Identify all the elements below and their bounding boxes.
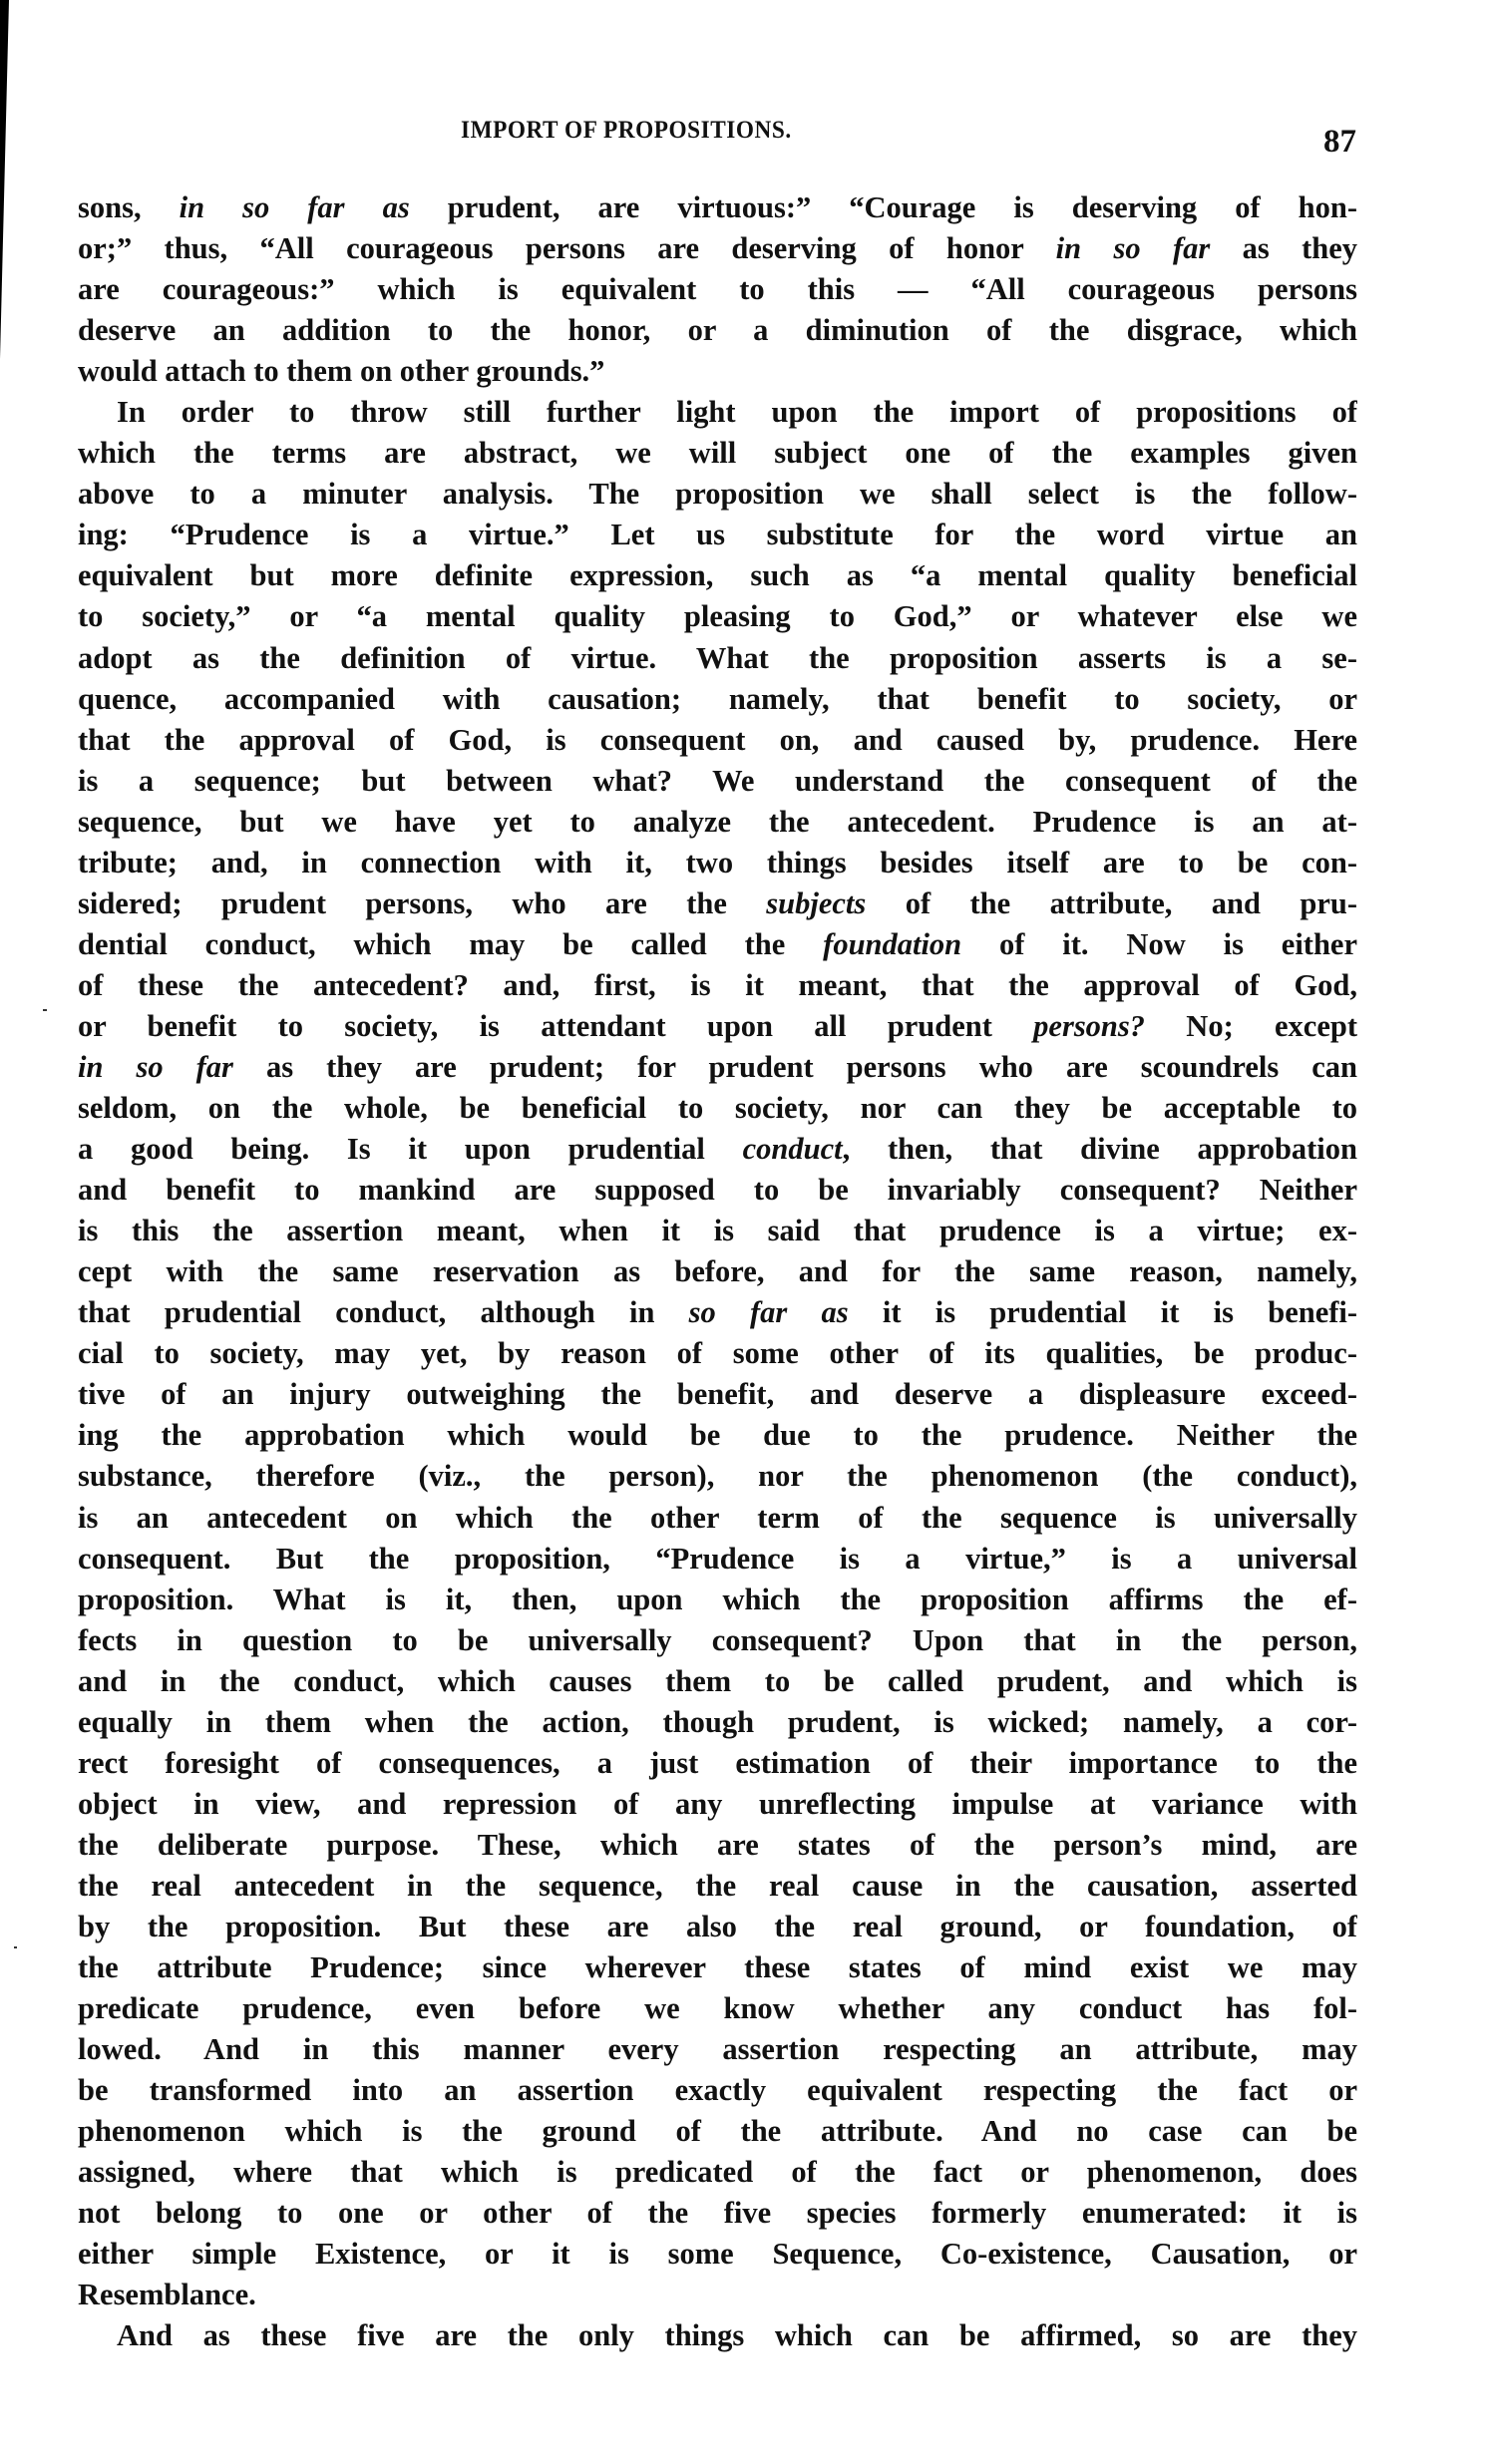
page-number: 87	[1323, 125, 1356, 159]
text-line: ing: “Prudence is a virtue.” Let us subs…	[78, 515, 1357, 555]
text-run: is a sequence; but between what? We unde…	[78, 764, 1357, 798]
text-run: the deliberate purpose. These, which are…	[78, 1828, 1357, 1862]
text-run: which the terms are abstract, we will su…	[78, 436, 1357, 470]
text-run: cept with the same reservation as before…	[78, 1254, 1357, 1288]
italic-text: in so far	[78, 1050, 233, 1084]
text-run: phenomenon which is the ground of the at…	[78, 2114, 1357, 2148]
text-run: tribute; and, in connection with it, two…	[78, 846, 1357, 880]
text-line: of these the antecedent? and, first, is …	[78, 965, 1357, 1006]
text-run: of it. Now is either	[961, 927, 1357, 961]
text-line: above to a minuter analysis. The proposi…	[78, 474, 1357, 515]
text-run: or benefit to society, is attendant upon…	[78, 1009, 1033, 1043]
text-run: And as these five are the only things wh…	[117, 2318, 1357, 2352]
text-line: which the terms are abstract, we will su…	[78, 433, 1357, 474]
text-run: either simple Existence, or it is some S…	[78, 2237, 1357, 2271]
text-line: to society,” or “a mental quality pleasi…	[78, 596, 1357, 637]
text-run: and in the conduct, which causes them to…	[78, 1664, 1357, 1698]
text-run: would attach to them on other grounds.”	[78, 354, 604, 388]
text-line: not belong to one or other of the five s…	[78, 2193, 1357, 2234]
text-line: either simple Existence, or it is some S…	[78, 2234, 1357, 2275]
text-run: equally in them when the action, though …	[78, 1705, 1357, 1739]
text-line: deserve an addition to the honor, or a d…	[78, 310, 1357, 351]
text-run: not belong to one or other of the five s…	[78, 2196, 1357, 2230]
text-line: phenomenon which is the ground of the at…	[78, 2111, 1357, 2152]
text-run: that prudential conduct, although in	[78, 1295, 689, 1329]
text-line: or;” thus, “All courageous persons are d…	[78, 228, 1357, 269]
text-run: substance, therefore (viz., the person),…	[78, 1459, 1357, 1493]
text-line: would attach to them on other grounds.”	[78, 351, 1357, 392]
italic-text: conduct	[743, 1132, 843, 1166]
text-run: is an antecedent on which the other term…	[78, 1501, 1357, 1535]
text-run: the real antecedent in the sequence, the…	[78, 1869, 1357, 1903]
text-line: in so far as they are prudent; for prude…	[78, 1047, 1357, 1088]
text-line: or benefit to society, is attendant upon…	[78, 1006, 1357, 1047]
paragraph: And as these five are the only things wh…	[78, 2315, 1357, 2356]
text-run: are courageous:” which is equivalent to …	[78, 272, 1357, 306]
italic-text: persons?	[1033, 1009, 1145, 1043]
text-run: rect foresight of consequences, a just e…	[78, 1746, 1357, 1780]
text-run: of these the antecedent? and, first, is …	[78, 968, 1357, 1002]
text-line: that prudential conduct, although in so …	[78, 1292, 1357, 1333]
text-run: No; except	[1145, 1009, 1357, 1043]
text-run: of the attribute, and pru-	[866, 886, 1357, 920]
text-line: lowed. And in this manner every assertio…	[78, 2029, 1357, 2070]
text-line: adopt as the definition of virtue. What …	[78, 638, 1357, 679]
text-line: equally in them when the action, though …	[78, 1702, 1357, 1743]
text-line: Resemblance.	[78, 2275, 1357, 2315]
text-run: a good being. Is it upon prudential	[78, 1132, 743, 1166]
italic-text: subjects	[766, 886, 866, 920]
text-line: In order to throw still further light up…	[78, 392, 1357, 433]
text-run: it is prudential it is benefi-	[849, 1295, 1357, 1329]
text-run: sons,	[78, 190, 180, 224]
text-line: sequence, but we have yet to analyze the…	[78, 802, 1357, 843]
text-line: substance, therefore (viz., the person),…	[78, 1456, 1357, 1497]
paragraph: sons, in so far as prudent, are virtuous…	[78, 187, 1357, 392]
running-head: IMPORT OF PROPOSITIONS.	[461, 117, 927, 145]
text-line: seldom, on the whole, be beneficial to s…	[78, 1088, 1357, 1129]
text-line: rect foresight of consequences, a just e…	[78, 1743, 1357, 1784]
text-run: , then, that divine approbation	[843, 1132, 1357, 1166]
text-run: or;” thus, “All courageous persons are d…	[78, 231, 1056, 265]
text-run: seldom, on the whole, be beneficial to s…	[78, 1091, 1357, 1125]
text-line: quence, accompanied with causation; name…	[78, 679, 1357, 720]
text-run: fects in question to be universally cons…	[78, 1623, 1357, 1657]
text-line: is a sequence; but between what? We unde…	[78, 761, 1357, 802]
text-line: are courageous:” which is equivalent to …	[78, 269, 1357, 310]
text-run: to society,” or “a mental quality pleasi…	[78, 599, 1357, 633]
text-run: that the approval of God, is consequent …	[78, 723, 1357, 757]
italic-text: foundation	[823, 927, 961, 961]
text-line: and benefit to mankind are supposed to b…	[78, 1170, 1357, 1211]
text-line: tribute; and, in connection with it, two…	[78, 843, 1357, 883]
text-line: equivalent but more definite expression,…	[78, 555, 1357, 596]
text-line: cial to society, may yet, by reason of s…	[78, 1333, 1357, 1374]
text-run: sidered; prudent persons, who are the	[78, 886, 766, 920]
text-run: object in view, and repression of any un…	[78, 1787, 1357, 1821]
italic-text: in so far	[1056, 231, 1211, 265]
text-run: the attribute Prudence; since wherever t…	[78, 1950, 1357, 1984]
text-line: is an antecedent on which the other term…	[78, 1498, 1357, 1539]
text-run: by the proposition. But these are also t…	[78, 1910, 1357, 1943]
text-line: dential conduct, which may be called the…	[78, 924, 1357, 965]
text-run: In order to throw still further light up…	[117, 395, 1357, 429]
text-line: sons, in so far as prudent, are virtuous…	[78, 187, 1357, 228]
text-line: assigned, where that which is predicated…	[78, 2152, 1357, 2193]
text-run: assigned, where that which is predicated…	[78, 2155, 1357, 2189]
text-line: cept with the same reservation as before…	[78, 1251, 1357, 1292]
text-run: adopt as the definition of virtue. What …	[78, 641, 1357, 675]
text-run: as they	[1210, 231, 1357, 265]
text-line: And as these five are the only things wh…	[78, 2315, 1357, 2356]
text-run: lowed. And in this manner every assertio…	[78, 2032, 1357, 2066]
text-line: sidered; prudent persons, who are the su…	[78, 883, 1357, 924]
scan-speck	[14, 1946, 17, 1948]
text-run: as they are prudent; for prudent persons…	[233, 1050, 1357, 1084]
page-body: sons, in so far as prudent, are virtuous…	[78, 187, 1357, 2356]
scan-edge-shadow	[0, 0, 9, 359]
paragraph: In order to throw still further light up…	[78, 392, 1357, 2315]
italic-text: in so far as	[180, 190, 410, 224]
text-line: the attribute Prudence; since wherever t…	[78, 1947, 1357, 1988]
text-line: that the approval of God, is consequent …	[78, 720, 1357, 761]
text-line: the deliberate purpose. These, which are…	[78, 1825, 1357, 1866]
text-run: predicate prudence, even before we know …	[78, 1991, 1357, 2025]
text-line: be transformed into an assertion exactly…	[78, 2070, 1357, 2111]
text-run: prudent, are virtuous:” “Courage is dese…	[410, 190, 1357, 224]
text-run: proposition. What is it, then, upon whic…	[78, 1583, 1357, 1616]
text-run: sequence, but we have yet to analyze the…	[78, 805, 1357, 839]
text-line: proposition. What is it, then, upon whic…	[78, 1580, 1357, 1620]
text-line: fects in question to be universally cons…	[78, 1620, 1357, 1661]
text-run: ing: “Prudence is a virtue.” Let us subs…	[78, 518, 1357, 551]
text-run: and benefit to mankind are supposed to b…	[78, 1173, 1357, 1207]
text-run: ing the approbation which would be due t…	[78, 1418, 1357, 1452]
text-run: is this the assertion meant, when it is …	[78, 1214, 1357, 1247]
text-line: object in view, and repression of any un…	[78, 1784, 1357, 1825]
scan-speck	[43, 1009, 47, 1011]
text-line: a good being. Is it upon prudential cond…	[78, 1129, 1357, 1170]
text-line: ing the approbation which would be due t…	[78, 1415, 1357, 1456]
text-line: predicate prudence, even before we know …	[78, 1988, 1357, 2029]
text-line: the real antecedent in the sequence, the…	[78, 1866, 1357, 1907]
text-line: and in the conduct, which causes them to…	[78, 1661, 1357, 1702]
text-line: by the proposition. But these are also t…	[78, 1907, 1357, 1947]
text-run: cial to society, may yet, by reason of s…	[78, 1336, 1357, 1370]
text-line: consequent. But the proposition, “Pruden…	[78, 1539, 1357, 1580]
text-run: Resemblance.	[78, 2278, 256, 2311]
text-run: tive of an injury outweighing the benefi…	[78, 1377, 1357, 1411]
text-run: above to a minuter analysis. The proposi…	[78, 477, 1357, 511]
text-run: dential conduct, which may be called the	[78, 927, 823, 961]
italic-text: so far as	[689, 1295, 849, 1329]
text-run: consequent. But the proposition, “Pruden…	[78, 1542, 1357, 1576]
text-run: deserve an addition to the honor, or a d…	[78, 313, 1357, 347]
text-run: quence, accompanied with causation; name…	[78, 682, 1357, 716]
text-run: equivalent but more definite expression,…	[78, 558, 1357, 592]
text-line: is this the assertion meant, when it is …	[78, 1211, 1357, 1251]
text-line: tive of an injury outweighing the benefi…	[78, 1374, 1357, 1415]
text-run: be transformed into an assertion exactly…	[78, 2073, 1357, 2107]
